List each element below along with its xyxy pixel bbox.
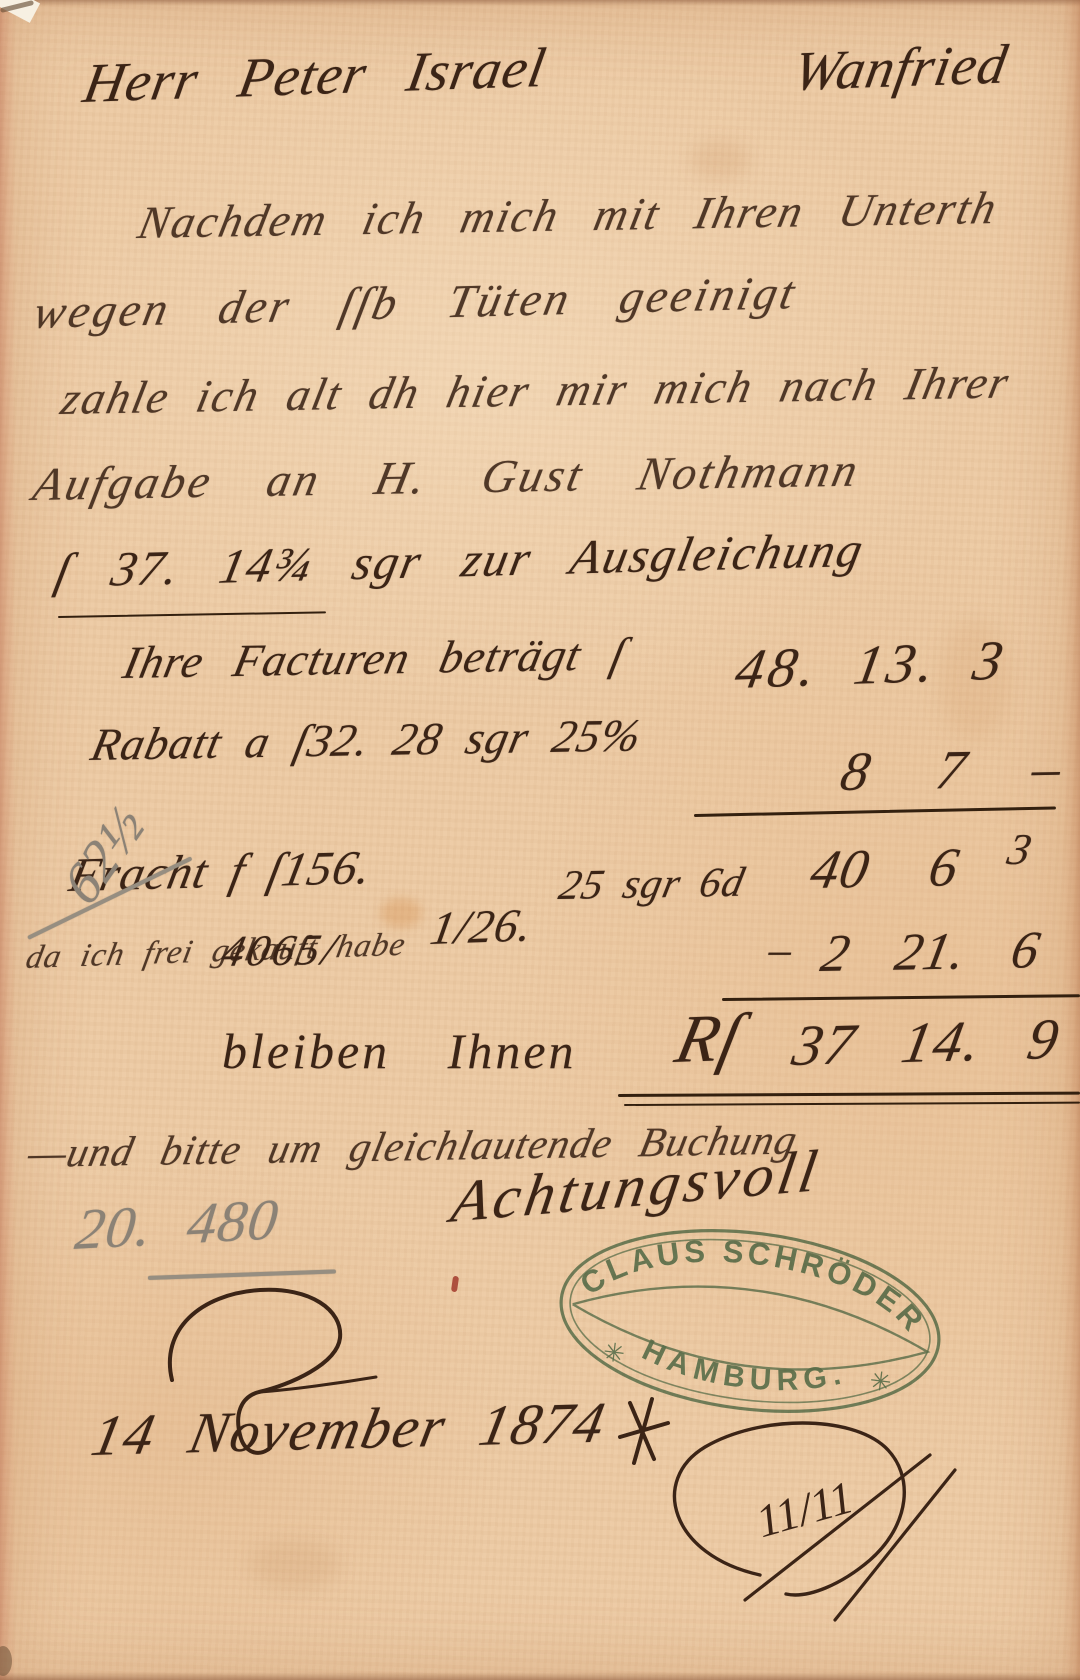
- red-ink-mark: [451, 1276, 459, 1293]
- stamp-star-right-icon: ✳: [868, 1366, 893, 1398]
- pencil-reference-number: 20. 480: [72, 1185, 283, 1262]
- row3-rate: 25 sgr 6d: [555, 859, 750, 910]
- total-amount: 37 14. 9: [788, 1005, 1066, 1079]
- body-line-5-remittance: ſ 37. 14¾ sgr zur Ausgleichung: [50, 521, 869, 599]
- pencil-reference-underline: [148, 1269, 336, 1280]
- row2-amount: 8 7 –: [836, 736, 1068, 803]
- body-line-1: Nachdem ich mich mit Ihren Unterth: [134, 181, 1003, 249]
- row4-amount: 2 21. 6: [816, 920, 1045, 984]
- stain-2: [690, 140, 750, 180]
- corner-dark-blob: [0, 1646, 12, 1676]
- monogram-slash-2: [835, 1470, 955, 1620]
- salutation-name: Herr Peter Israel: [79, 36, 551, 116]
- body-line-3: zahle ich alt dh hier mir mich nach Ihre…: [57, 356, 1015, 425]
- edge-left-tint: [0, 0, 16, 1680]
- total-rule-lower: [624, 1102, 1080, 1106]
- stamp-bottom-text: HAMBURG.: [635, 1332, 853, 1408]
- row3-amount-superscript: 3: [1003, 824, 1037, 875]
- edge-top-shadow: [0, 0, 1080, 6]
- total-label: bleiben Ihnen: [222, 1022, 577, 1080]
- row1-amount: 48. 13. 3: [731, 629, 1012, 702]
- salutation-city: Wanfried: [789, 33, 1013, 104]
- date-line: 14 November 1874: [86, 1389, 612, 1469]
- monogram-slash-1: [745, 1455, 930, 1600]
- total-rule-upper: [618, 1092, 1080, 1097]
- total-currency: Rſ: [669, 998, 749, 1079]
- monogram-h-mark: [620, 1399, 668, 1463]
- corner-white-sliver: [0, 0, 40, 23]
- postcard: Herr Peter Israel Wanfried Nachdem ich m…: [0, 0, 1080, 1680]
- row2-label: Rabatt a ſ32. 28 sgr 25%: [87, 708, 647, 771]
- corner-dark-slash: [0, 0, 34, 13]
- row4-rate: 1/26.: [426, 898, 537, 955]
- edge-bottom-shadow: [0, 1672, 1080, 1680]
- stain-3: [250, 1540, 340, 1590]
- monogram-text: 11/11: [750, 1471, 858, 1547]
- row2-rule: [694, 806, 1056, 817]
- flourish-tail-path: [259, 1377, 376, 1392]
- stamp-star-left-icon: ✳: [601, 1337, 626, 1369]
- monogram-loop: [674, 1423, 904, 1595]
- row3-amount: 40 6: [806, 835, 965, 901]
- row1-label: Ihre Facturen beträgt ſ: [119, 627, 631, 689]
- row4-label: da ich frei gekauft habe: [23, 927, 409, 977]
- body-line-4: Aufgabe an H. Gust Nothmann: [28, 444, 865, 512]
- edge-right-tint: [1062, 0, 1080, 1680]
- remittance-underline: [58, 611, 326, 618]
- row4-dash: –: [764, 924, 798, 975]
- row4-rule: [722, 994, 1080, 1001]
- stain-1: [380, 898, 422, 928]
- body-line-2: wegen der ſſb Tüten geeinigt: [29, 266, 802, 340]
- svg-text:HAMBURG.: HAMBURG.: [635, 1332, 853, 1408]
